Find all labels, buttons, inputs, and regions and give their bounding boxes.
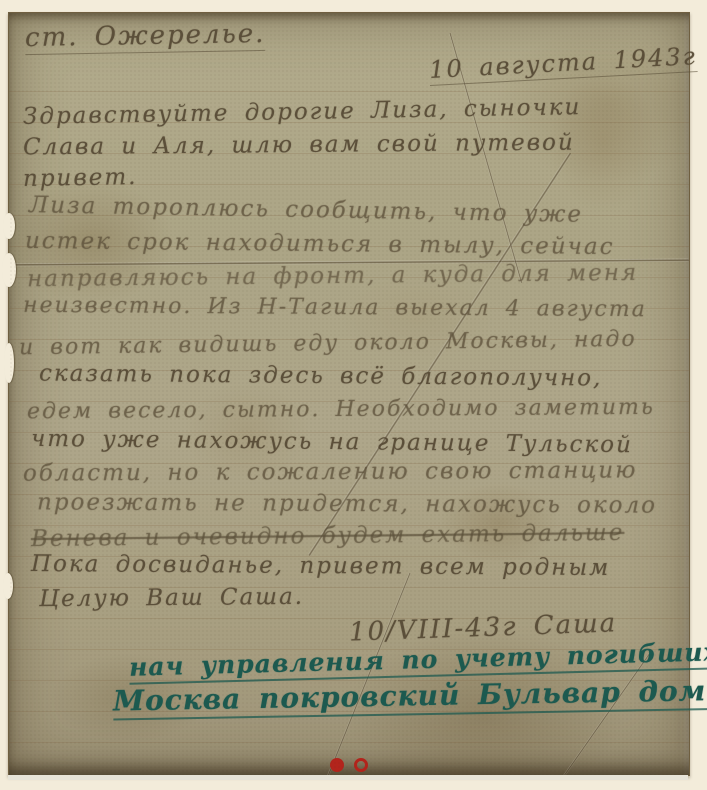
carousel-dot-1-active[interactable] — [330, 758, 344, 772]
letter-date: 10 августа 1943г — [428, 42, 697, 84]
letter-line: привет. — [23, 164, 138, 192]
letter-line: Лиза тороплюсь сообщить, что уже — [29, 192, 583, 228]
scanned-letter: ст. Ожерелье. 10 августа 1943г Здравству… — [8, 12, 690, 776]
letter-line: едем весело, сытно. Необходимо заметить — [27, 395, 655, 424]
letter-line: направляюсь на фронт, а куда для меня — [27, 260, 638, 292]
letter-line: Целую Ваш Саша. — [39, 584, 304, 612]
letter-line: Пока досвиданье, привет всем родным — [31, 551, 610, 581]
letter-line: и вот как видишь еду около Москвы, надо — [19, 327, 637, 361]
torn-edge-notch — [3, 573, 13, 599]
letter-line: что уже нахожусь на границе Тульской — [31, 426, 633, 458]
carousel-pagination — [9, 758, 689, 772]
torn-edge-notch — [4, 343, 14, 383]
torn-edge-notch — [2, 253, 16, 287]
carousel-dot-2[interactable] — [354, 758, 368, 772]
letter-line-crossed-out: Венева и очевидно будем ехать дальше — [31, 520, 625, 552]
letter-line: сказать пока здесь всё благополучно, — [39, 361, 603, 392]
scan-edge-strip — [8, 775, 688, 780]
letter-station-heading: ст. Ожерелье. — [25, 19, 266, 53]
letter-line: Слава и Аля, шлю вам свой путевой — [23, 130, 575, 161]
torn-edge-notch — [3, 213, 15, 239]
letter-line: Здравствуйте дорогие Лиза, сыночки — [23, 94, 582, 130]
letter-scan-page: { "letter": { "heading": { "station": "с… — [0, 0, 707, 790]
letter-line: области, но к сожалению свою станцию — [23, 457, 638, 486]
letter-line: истек срок находиться в тылу, сейчас — [25, 228, 615, 260]
letter-line: неизвестно. Из Н-Тагила выехал 4 августа — [23, 293, 647, 322]
letter-line: проезжать не придется, нахожусь около — [37, 489, 657, 518]
